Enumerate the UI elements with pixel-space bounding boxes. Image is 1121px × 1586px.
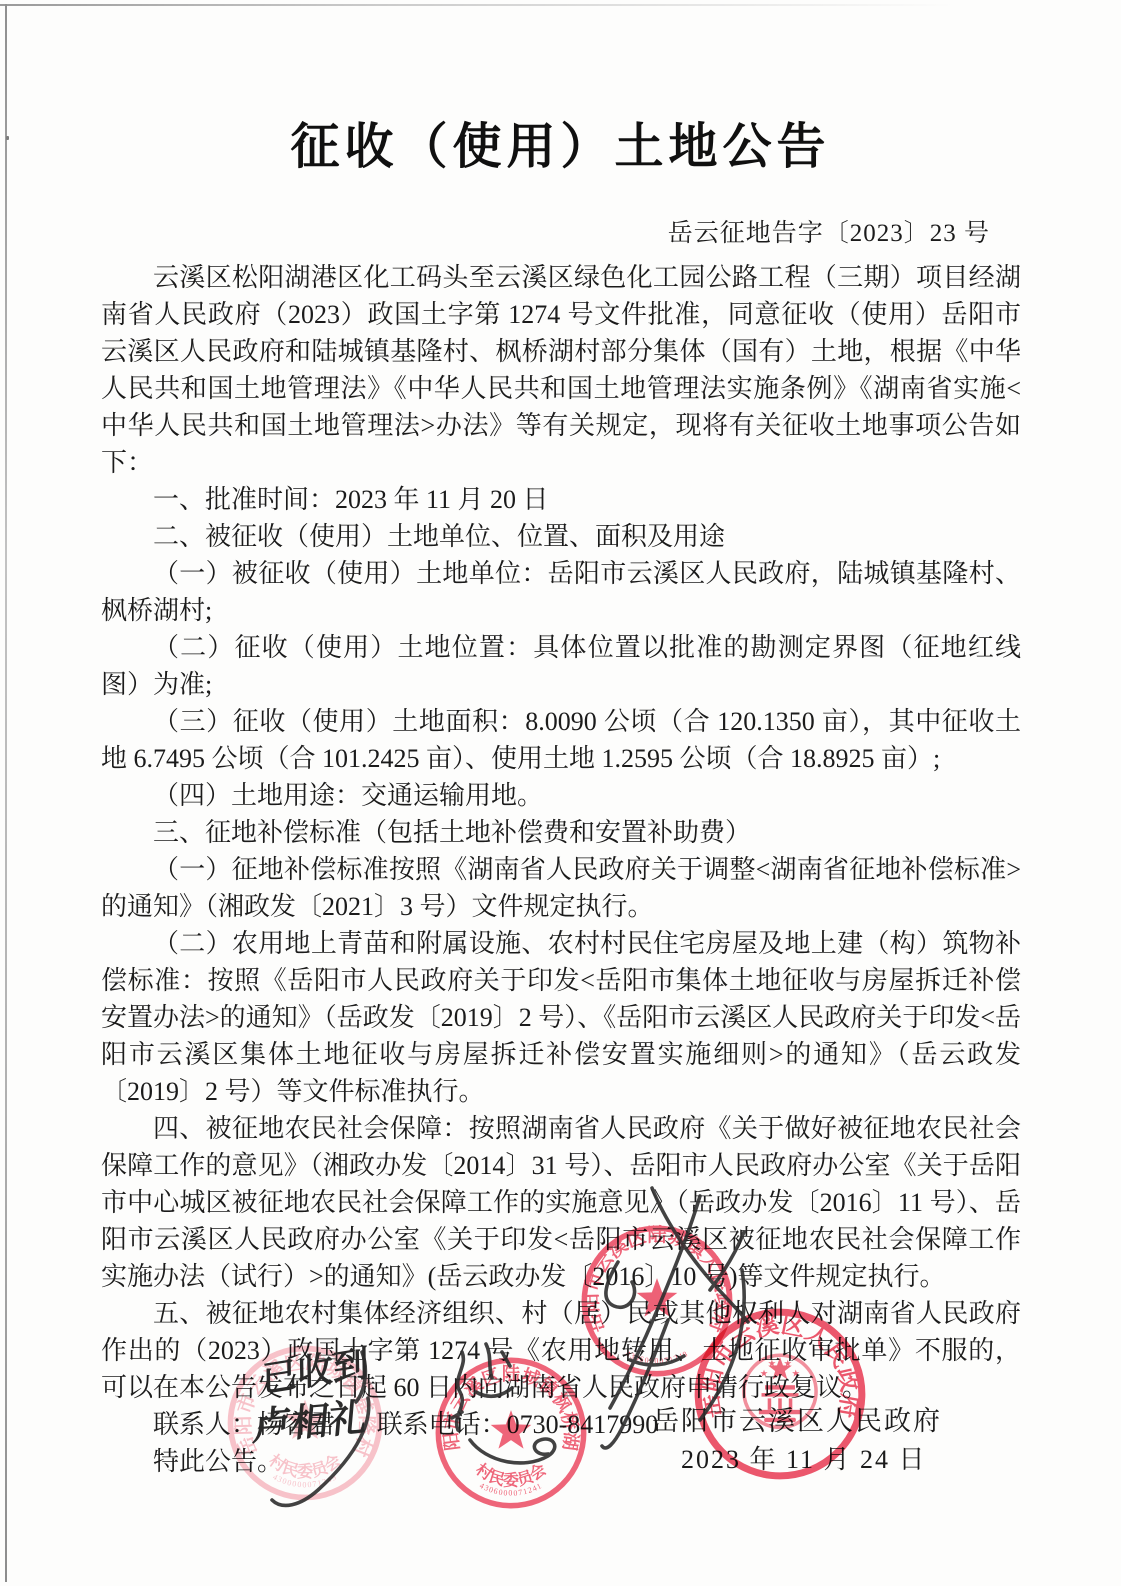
official-seal-yunxi-district-government: 岳阳市云溪区人民政府 ★ ★ ★ ★	[692, 1306, 868, 1482]
star-icon	[637, 1278, 678, 1317]
scanned-notice-page: 征收（使用）土地公告 岳云征地告字〔2023〕23 号 云溪区松阳湖港区化工码头…	[0, 0, 1121, 1586]
body-paragraph: （四）土地用途：交通运输用地。	[101, 777, 1021, 814]
document-number: 岳云征地告字〔2023〕23 号	[668, 213, 990, 249]
scan-edge-left	[5, 4, 7, 1582]
body-paragraph: 云溪区松阳湖港区化工码头至云溪区绿色化工园公路工程（三期）项目经湖南省人民政府（…	[101, 259, 1021, 481]
body-paragraph: （一）征地补偿标准按照《湖南省人民政府关于调整<湖南省征地补偿标准>的通知》（湘…	[101, 851, 1021, 925]
body-paragraph: 三、征地补偿标准（包括土地补偿费和安置补助费）	[101, 814, 1021, 851]
body-paragraph: （一）被征收（使用）土地单位：岳阳市云溪区人民政府，陆城镇基隆村、枫桥湖村;	[101, 555, 1021, 629]
body-paragraph: （三）征收（使用）土地面积：8.0090 公顷（合 120.1350 亩），其中…	[101, 703, 1021, 777]
page-title: 征收（使用）土地公告	[0, 108, 1121, 178]
body-paragraph: 二、被征收（使用）土地单位、位置、面积及用途	[101, 518, 1021, 555]
svg-text:★: ★	[791, 1368, 800, 1379]
body-paragraph: （二）征收（使用）土地位置：具体位置以批准的勘测定界图（征地红线图）为准;	[101, 629, 1021, 703]
body-paragraph: 四、被征地农民社会保障：按照湖南省人民政府《关于做好被征地农民社会保障工作的意见…	[101, 1110, 1021, 1295]
notice-body: 云溪区松阳湖港区化工码头至云溪区绿色化工园公路工程（三期）项目经湖南省人民政府（…	[101, 259, 1021, 1480]
seal-code: 4306000071248	[624, 1349, 690, 1366]
official-seal-jilong-village: 岳阳市云溪区陆城镇基隆村 村民委员会 4300000071249	[224, 1342, 386, 1504]
svg-text:4306000071248: 4306000071248	[624, 1349, 690, 1366]
svg-text:★: ★	[760, 1368, 769, 1379]
star-icon	[284, 1400, 326, 1440]
body-paragraph: 一、批准时间：2023 年 11 月 20 日	[101, 481, 1021, 518]
svg-text:★: ★	[768, 1359, 777, 1370]
official-seal-fengqiaohu-village: 岳阳市云溪区陆城镇枫桥湖村 村民委员会 4306000071241	[432, 1354, 590, 1512]
scan-edge-top	[0, 4, 1121, 6]
star-icon	[491, 1410, 532, 1449]
body-paragraph: （二）农用地上青苗和附属设施、农村村民住宅房屋及地上建（构）筑物补偿标准：按照《…	[101, 925, 1021, 1110]
national-emblem-icon: ★ ★ ★ ★	[744, 1355, 816, 1427]
